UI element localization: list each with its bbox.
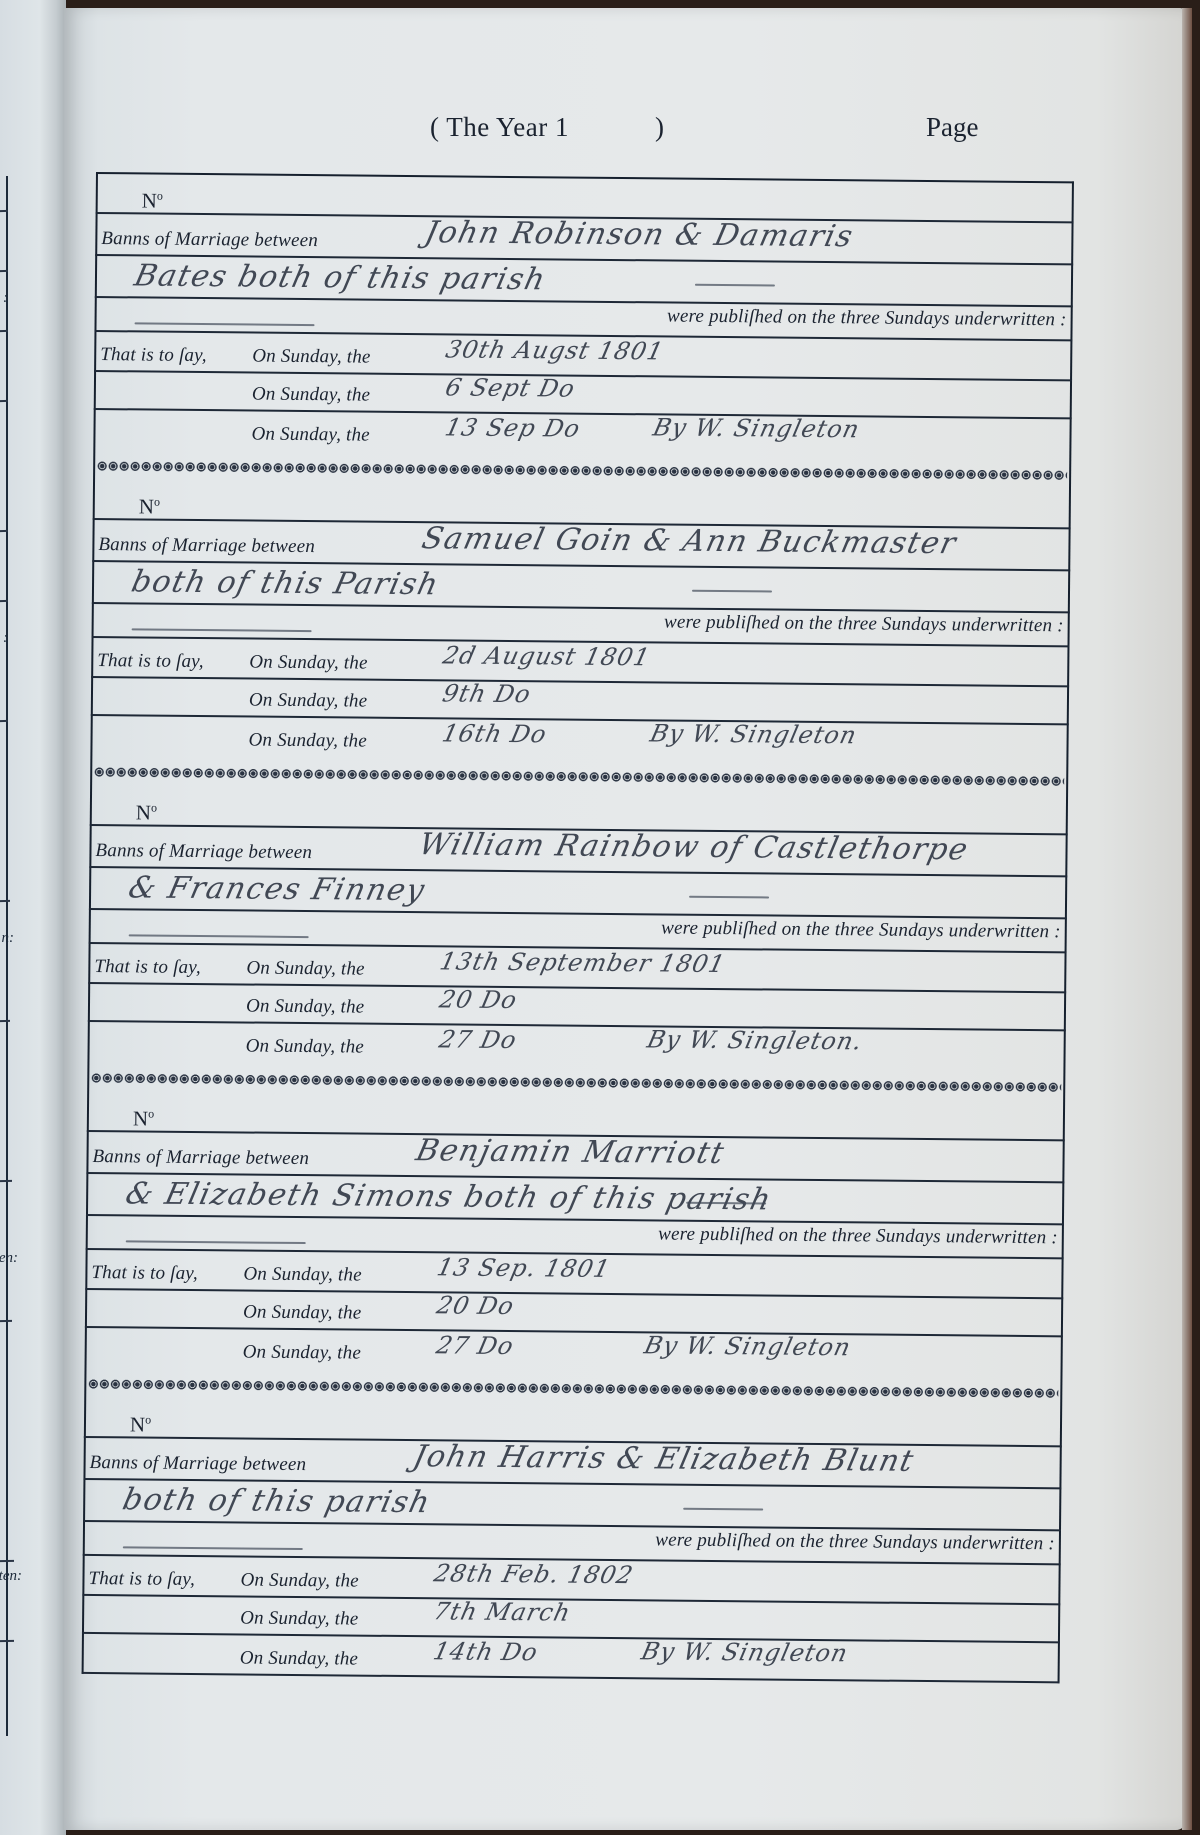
table-bottom-border <box>82 1672 1060 1683</box>
names-line-1: Benjamin Marriott <box>413 1133 729 1171</box>
rule <box>94 408 1072 419</box>
sunday-2-date: 6 Sept Do <box>443 373 578 402</box>
banns-entry: No Banns of Marriage between John Robins… <box>93 172 1074 487</box>
banns-label: Banns of Marriage between <box>95 840 312 864</box>
names-line-2: & Frances Finney <box>125 870 429 908</box>
facing-page-rule <box>0 1180 12 1182</box>
that-is-to-say-label: That is to ſay, <box>88 1568 195 1591</box>
facing-page-fragment: ten: <box>0 1568 22 1585</box>
facing-page-rule <box>0 270 8 272</box>
sunday-label: On Sunday, the <box>246 957 365 980</box>
sunday-label: On Sunday, the <box>248 729 367 752</box>
sunday-label: On Sunday, the <box>243 1341 362 1364</box>
handwritten-flourish <box>683 1508 763 1511</box>
published-label: were publiſhed on the three Sundays unde… <box>664 611 1064 637</box>
banns-label: Banns of Marriage between <box>101 228 318 252</box>
rule <box>95 296 1073 307</box>
facing-page-rule <box>0 400 8 402</box>
facing-page-rule <box>0 330 8 332</box>
handwritten-flourish <box>135 322 315 326</box>
entry-number-label: No <box>133 1106 154 1131</box>
year-close: ) <box>655 112 665 142</box>
handwritten-flourish <box>123 1546 303 1550</box>
names-line-2: Bates both of this parish <box>131 258 549 297</box>
names-line-1: John Robinson & Damaris <box>422 215 857 254</box>
sunday-label: On Sunday, the <box>243 1301 362 1324</box>
ornamental-divider <box>91 1072 1061 1093</box>
sunday-3-date: 27 Do <box>434 1331 517 1360</box>
ornamental-divider <box>88 1378 1058 1399</box>
handwritten-flourish <box>132 628 312 632</box>
sunday-label: On Sunday, the <box>246 1035 365 1058</box>
published-label: were publiſhed on the three Sundays unde… <box>655 1529 1055 1555</box>
names-line-1: Samuel Goin & Ann Buckmaster <box>419 521 961 561</box>
published-label: were publiſhed on the three Sundays unde… <box>661 917 1061 943</box>
rule <box>85 1326 1063 1337</box>
ornamental-divider <box>97 460 1067 481</box>
sunday-2-date: 7th March <box>431 1597 573 1626</box>
facing-page-fragment: n: <box>2 930 15 947</box>
officiant-signature: By W. Singleton <box>639 1637 851 1667</box>
banns-label: Banns of Marriage between <box>92 1146 309 1170</box>
handwritten-flourish <box>129 934 309 938</box>
banns-entry: No Banns of Marriage between Benjamin Ma… <box>84 1090 1065 1405</box>
sunday-1-date: 13 Sep. 1801 <box>434 1253 613 1283</box>
entry-number-label: No <box>139 494 160 519</box>
sunday-1-date: 2d August 1801 <box>440 641 653 671</box>
year-label: ( The Year 1 <box>430 112 569 142</box>
rule <box>88 1020 1066 1031</box>
handwritten-flourish <box>689 896 769 899</box>
sunday-1-date: 28th Feb. 1802 <box>431 1559 636 1589</box>
page-header: ( The Year 1) Page <box>64 112 1186 152</box>
entry-number-label: No <box>142 188 163 213</box>
published-label: were publiſhed on the three Sundays unde… <box>658 1223 1058 1249</box>
handwritten-flourish <box>126 1240 306 1244</box>
sunday-label: On Sunday, the <box>252 346 371 369</box>
sunday-3-date: 16th Do <box>440 719 550 748</box>
facing-page-rule <box>0 1640 14 1642</box>
entry-number-label: No <box>136 800 157 825</box>
facing-page-rule <box>0 720 8 722</box>
page-edge <box>1182 8 1192 1830</box>
sunday-label: On Sunday, the <box>249 689 368 712</box>
rule <box>82 1632 1060 1643</box>
ornamental-divider <box>94 766 1064 787</box>
names-line-1: William Rainbow of Castlethorpe <box>416 827 972 867</box>
facing-page-fragment: : <box>3 630 8 647</box>
sunday-label: On Sunday, the <box>251 424 370 447</box>
sunday-label: On Sunday, the <box>243 1263 362 1286</box>
names-line-2: both of this parish <box>119 1482 434 1520</box>
rule <box>92 602 1070 613</box>
banns-entry: No Banns of Marriage between Samuel Goin… <box>90 478 1071 793</box>
sunday-1-date: 13th September 1801 <box>437 947 728 978</box>
officiant-signature: By W. Singleton. <box>645 1025 866 1055</box>
facing-page-edge: : : n: en: ten: <box>0 0 66 1835</box>
rule <box>85 1288 1063 1299</box>
that-is-to-say-label: That is to ſay, <box>91 1262 198 1285</box>
that-is-to-say-label: That is to ſay, <box>94 956 201 979</box>
sunday-3-date: 27 Do <box>437 1025 520 1054</box>
banns-entry: No Banns of Marriage between William Rai… <box>87 784 1068 1099</box>
facing-page-rule <box>0 900 10 902</box>
that-is-to-say-label: That is to ſay, <box>100 344 207 367</box>
rule <box>89 908 1067 919</box>
sunday-2-date: 9th Do <box>440 679 534 708</box>
sunday-label: On Sunday, the <box>249 651 368 674</box>
page-number-label: Page <box>926 112 978 143</box>
facing-page-rule <box>0 1320 12 1322</box>
rule <box>91 676 1069 687</box>
facing-page-rule <box>0 530 8 532</box>
facing-page-rule <box>0 210 8 212</box>
banns-label: Banns of Marriage between <box>90 1452 307 1476</box>
banns-entry: No Banns of Marriage between John Harris… <box>81 1396 1062 1711</box>
facing-page-rule <box>0 1560 14 1562</box>
sunday-label: On Sunday, the <box>240 1607 359 1630</box>
sunday-label: On Sunday, the <box>240 1647 359 1670</box>
sunday-2-date: 20 Do <box>434 1291 517 1320</box>
rule <box>83 1520 1061 1531</box>
officiant-signature: By W. Singleton <box>648 719 860 749</box>
year-heading: ( The Year 1) <box>430 112 664 143</box>
rule <box>94 370 1072 381</box>
banns-label: Banns of Marriage between <box>98 534 315 558</box>
facing-page-border <box>6 176 8 1736</box>
names-line-1: John Harris & Elizabeth Blunt <box>410 1439 918 1479</box>
sunday-1-date: 30th Augst 1801 <box>443 335 666 365</box>
sunday-label: On Sunday, the <box>240 1569 359 1592</box>
facing-page-rule <box>0 1020 10 1022</box>
banns-register-table: No Banns of Marriage between John Robins… <box>82 172 1074 1683</box>
facing-page-rule <box>0 600 8 602</box>
published-label: were publiſhed on the three Sundays unde… <box>667 305 1067 331</box>
sunday-label: On Sunday, the <box>246 995 365 1018</box>
entry-number-label: No <box>130 1412 151 1437</box>
officiant-signature: By W. Singleton <box>642 1331 854 1361</box>
officiant-signature: By W. Singleton <box>650 413 862 443</box>
rule <box>88 982 1066 993</box>
rule <box>86 1214 1064 1225</box>
sunday-3-date: 14th Do <box>431 1637 541 1666</box>
handwritten-flourish <box>692 590 772 593</box>
sunday-2-date: 20 Do <box>437 985 520 1014</box>
facing-page-fragment: : <box>3 290 8 307</box>
sunday-3-date: 13 Sep Do <box>442 413 583 442</box>
names-line-2: both of this Parish <box>128 564 442 602</box>
that-is-to-say-label: That is to ſay, <box>97 650 204 673</box>
rule <box>91 714 1069 725</box>
handwritten-flourish <box>695 284 775 287</box>
sunday-label: On Sunday, the <box>252 384 371 407</box>
facing-page-fragment: en: <box>0 1250 18 1267</box>
names-line-2: & Elizabeth Simons both of this parish <box>122 1176 775 1217</box>
